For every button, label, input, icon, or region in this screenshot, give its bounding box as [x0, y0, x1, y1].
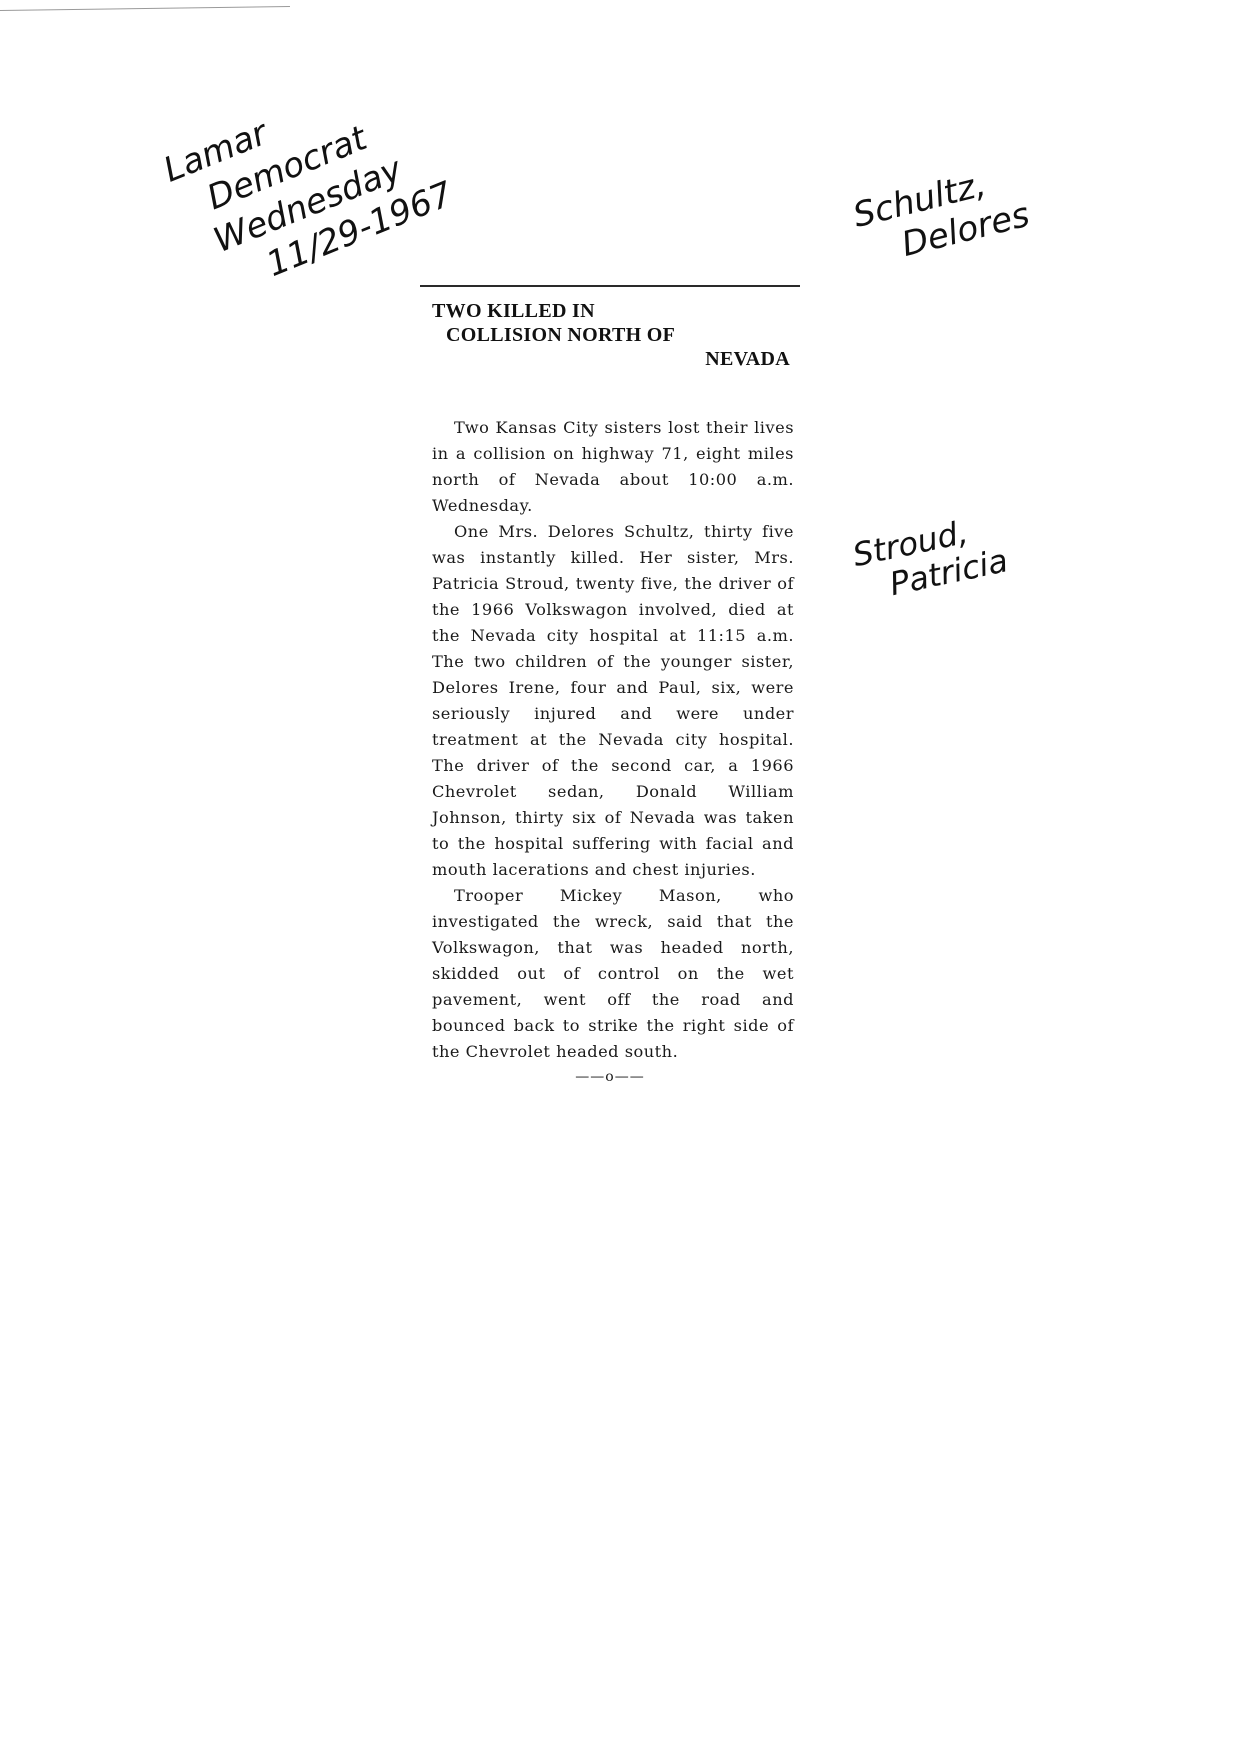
scan-edge-line [0, 6, 290, 11]
handwritten-source-note: Lamar Democrat Wednesday 11/29-1967 [150, 60, 460, 316]
paragraph-3: Trooper Mickey Mason, who investigated t… [432, 883, 794, 1065]
headline-line-3: NEVADA [420, 347, 800, 371]
paragraph-1: Two Kansas City sisters lost their lives… [432, 415, 794, 519]
article-body: Two Kansas City sisters lost their lives… [420, 415, 800, 1065]
headline-line-2: COLLISION NORTH OF [420, 323, 800, 347]
newspaper-clipping: TWO KILLED IN COLLISION NORTH OF NEVADA … [420, 285, 800, 1085]
end-mark: ——o—— [420, 1069, 800, 1085]
top-rule [420, 285, 800, 287]
headline-line-1: TWO KILLED IN [420, 299, 800, 323]
handwritten-name-stroud: Stroud, Patricia [850, 509, 1010, 607]
handwritten-name-schultz: Schultz, Delores [850, 159, 1033, 272]
article-headline: TWO KILLED IN COLLISION NORTH OF NEVADA [420, 299, 800, 371]
paragraph-2: One Mrs. Delores Schultz, thirty five wa… [432, 519, 794, 883]
